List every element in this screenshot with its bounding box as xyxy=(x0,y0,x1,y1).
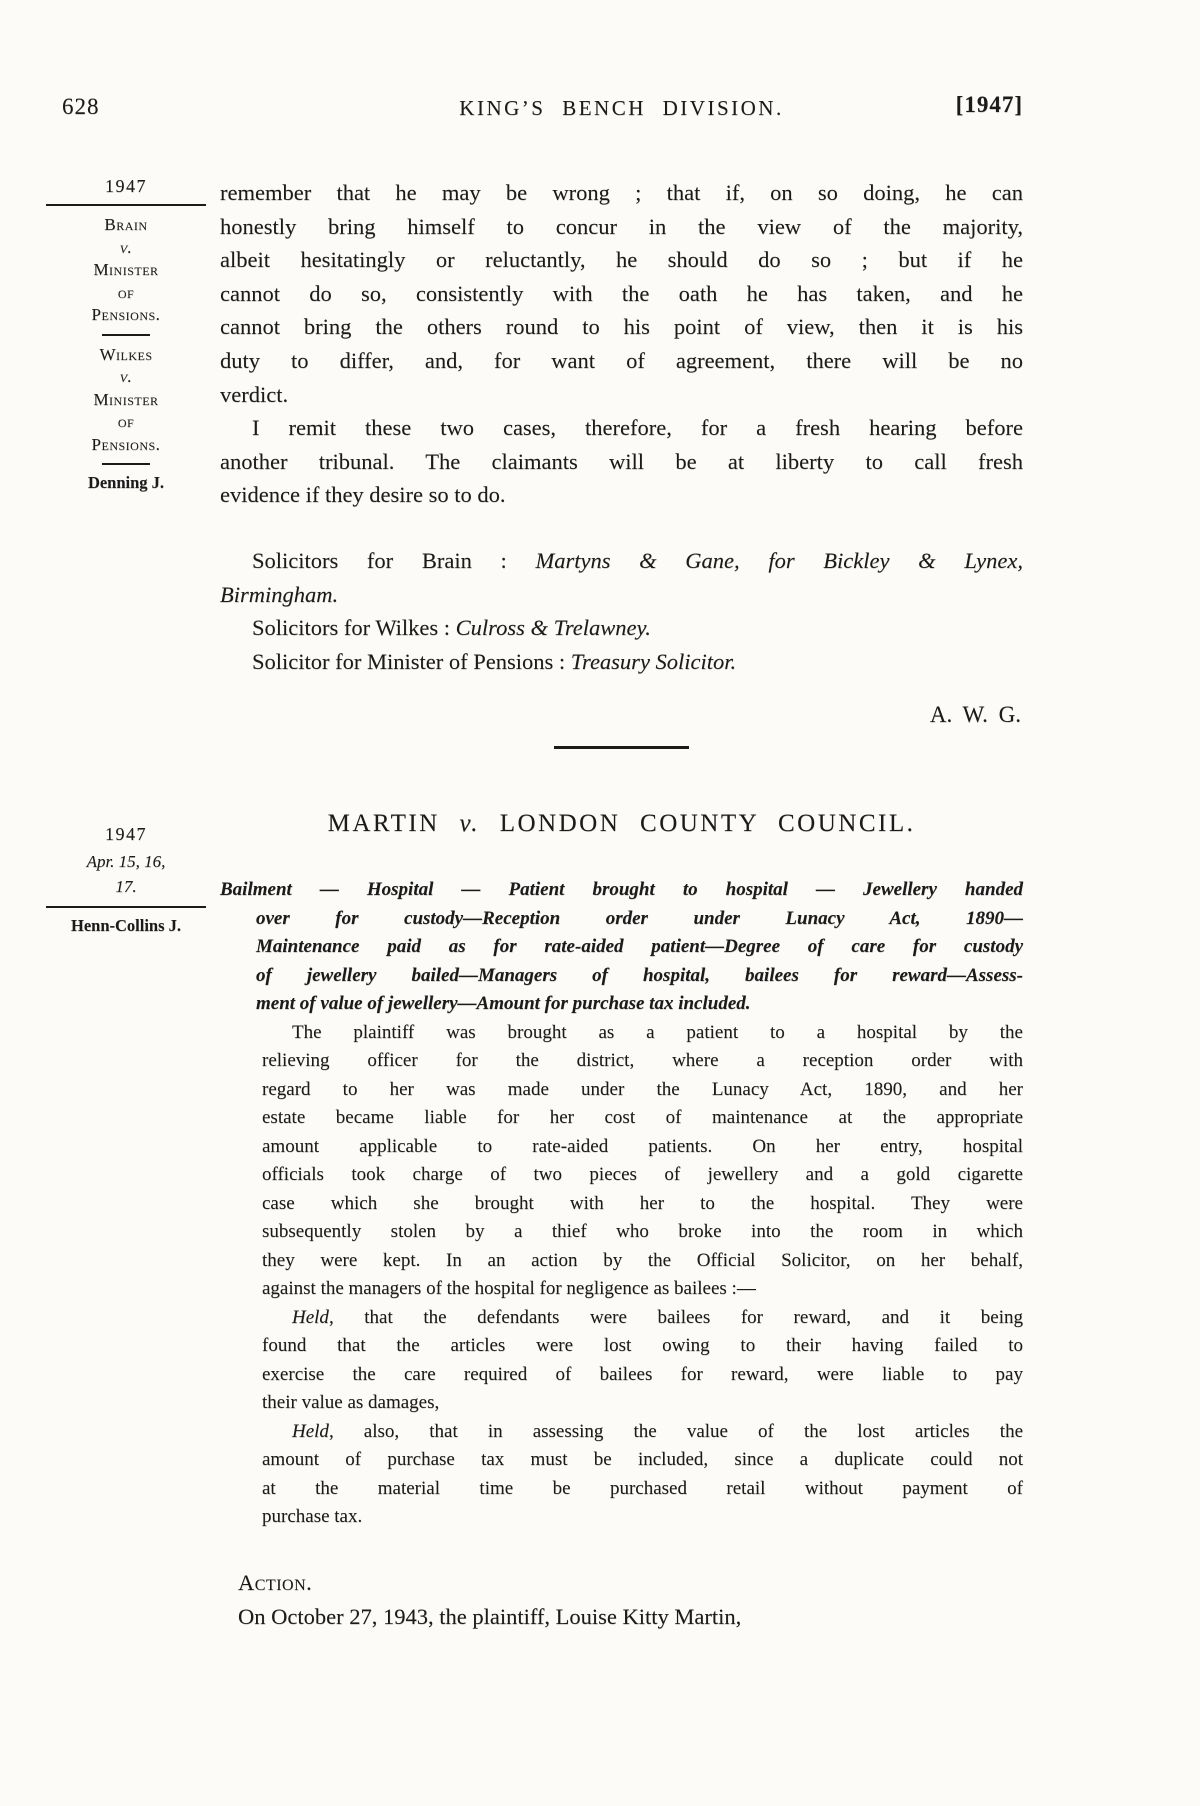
text-line: of xyxy=(46,282,206,305)
text-line: Pensions. xyxy=(46,304,206,327)
text-line: 17. xyxy=(46,874,206,899)
text-line: MARTIN v. LONDON COUNTY COUNCIL. xyxy=(220,810,1023,838)
held-paragraph-2: Held, also, that in assessing the value … xyxy=(262,1418,1023,1532)
text-line: Solicitors for Wilkes : Culross & Trelaw… xyxy=(220,611,1023,645)
text-line: relieving officer for the district, wher… xyxy=(262,1047,1023,1076)
solicitors-wilkes: Solicitors for Wilkes : Culross & Trelaw… xyxy=(220,611,1023,645)
text-line: of jewellery bailed—Managers of hospital… xyxy=(256,962,1023,991)
text-line: Solicitor for Minister of Pensions : Tre… xyxy=(220,645,1023,679)
text-line: v. xyxy=(46,237,206,260)
margin-year: 1947 xyxy=(46,824,206,845)
text-line: Apr. 15, 16, xyxy=(46,849,206,874)
text-line: cannot do so, consistently with the oath… xyxy=(220,277,1023,311)
action-opening-line: On October 27, 1943, the plaintiff, Loui… xyxy=(238,1600,1041,1634)
text-line: subsequently stolen by a thief who broke… xyxy=(262,1218,1023,1247)
text-line: verdict. xyxy=(220,378,1023,412)
law-report-page: 628 KING’S BENCH DIVISION. [1947] 1947 B… xyxy=(0,0,1200,1806)
case-title: MARTIN v. LONDON COUNTY COUNCIL. xyxy=(220,810,1023,838)
text-line: Minister xyxy=(46,259,206,282)
hearing-dates: Apr. 15, 16,17. xyxy=(46,849,206,899)
text-line: exercise the care required of bailees fo… xyxy=(262,1361,1023,1390)
solicitors-minister: Solicitor for Minister of Pensions : Tre… xyxy=(220,645,1023,679)
text-line: Wilkes xyxy=(46,344,206,367)
text-line: amount applicable to rate-aided patients… xyxy=(262,1133,1023,1162)
margin-note-case2: 1947 Apr. 15, 16,17. Henn-Collins J. xyxy=(46,824,206,936)
citation-year: [1947] xyxy=(220,92,1023,118)
headnote-block: Bailment — Hospital — Patient brought to… xyxy=(220,876,1023,1532)
text-line: found that the articles were lost owing … xyxy=(262,1332,1023,1361)
text-line: Solicitors for Brain : Martyns & Gane, f… xyxy=(220,544,1023,578)
held-paragraph-1: Held, that the defendants were bailees f… xyxy=(262,1304,1023,1418)
text-line: against the managers of the hospital for… xyxy=(262,1275,1023,1304)
margin-rule-short xyxy=(102,463,150,465)
text-line: Bailment — Hospital — Patient brought to… xyxy=(220,876,1023,905)
text-line: Birmingham. xyxy=(220,578,1023,612)
margin-rule xyxy=(46,204,206,206)
case-summary: The plaintiff was brought as a patient t… xyxy=(262,1019,1023,1304)
margin-note-case1: 1947 Brainv.MinisterofPensions. Wilkesv.… xyxy=(46,176,206,493)
text-line: amount of purchase tax must be included,… xyxy=(262,1446,1023,1475)
text-line: The plaintiff was brought as a patient t… xyxy=(262,1019,1023,1048)
solicitors-block: Solicitors for Brain : Martyns & Gane, f… xyxy=(220,544,1023,678)
text-line: Pensions. xyxy=(46,434,206,457)
text-line: honestly bring himself to concur in the … xyxy=(220,210,1023,244)
text-line: Held, also, that in assessing the value … xyxy=(262,1418,1023,1447)
text-line: their value as damages, xyxy=(262,1389,1023,1418)
text-line: Brain xyxy=(46,214,206,237)
opinion-paragraph-1: remember that he may be wrong ; that if,… xyxy=(220,176,1023,411)
text-line: Minister xyxy=(46,389,206,412)
text-line: at the material time be purchased retail… xyxy=(262,1475,1023,1504)
opinion-text: remember that he may be wrong ; that if,… xyxy=(220,176,1023,512)
text-line: cannot bring the others round to his poi… xyxy=(220,310,1023,344)
text-line: ment of value of jewellery—Amount for pu… xyxy=(256,990,1023,1019)
solicitors-brain: Solicitors for Brain : Martyns & Gane, f… xyxy=(220,544,1023,611)
text-line: remember that he may be wrong ; that if,… xyxy=(220,176,1023,210)
opinion-paragraph-2: I remit these two cases, therefore, for … xyxy=(220,411,1023,512)
margin-year: 1947 xyxy=(46,176,206,197)
text-line: of xyxy=(46,411,206,434)
text-line: over for custody—Reception order under L… xyxy=(256,905,1023,934)
text-line: duty to differ, and, for want of agreeme… xyxy=(220,344,1023,378)
case-parties-wilkes: Wilkesv.MinisterofPensions. xyxy=(46,344,206,457)
text-line: purchase tax. xyxy=(262,1503,1023,1532)
headnote: Bailment — Hospital — Patient brought to… xyxy=(220,876,1023,1019)
text-line: v. xyxy=(46,366,206,389)
reporter-initials: A. W. G. xyxy=(220,702,1023,728)
text-line: evidence if they desire so to do. xyxy=(220,478,1023,512)
action-heading: Action. xyxy=(238,1566,1041,1600)
text-line: they were kept. In an action by the Offi… xyxy=(262,1247,1023,1276)
text-line: officials took charge of two pieces of j… xyxy=(262,1161,1023,1190)
text-line: I remit these two cases, therefore, for … xyxy=(220,411,1023,445)
section-divider-rule xyxy=(554,746,689,749)
margin-rule xyxy=(46,906,206,908)
text-line: regard to her was made under the Lunacy … xyxy=(262,1076,1023,1105)
judge-name: Henn-Collins J. xyxy=(46,916,206,936)
page-number: 628 xyxy=(62,94,100,120)
margin-rule-short xyxy=(102,334,150,336)
action-block: Action. On October 27, 1943, the plainti… xyxy=(238,1566,1041,1633)
text-line: case which she brought with her to the h… xyxy=(262,1190,1023,1219)
text-line: another tribunal. The claimants will be … xyxy=(220,445,1023,479)
case-parties-brain: Brainv.MinisterofPensions. xyxy=(46,214,206,327)
judge-name: Denning J. xyxy=(46,473,206,493)
text-line: estate became liable for her cost of mai… xyxy=(262,1104,1023,1133)
text-line: Maintenance paid as for rate-aided patie… xyxy=(256,933,1023,962)
text-line: Held, that the defendants were bailees f… xyxy=(262,1304,1023,1333)
text-line: albeit hesitatingly or reluctantly, he s… xyxy=(220,243,1023,277)
